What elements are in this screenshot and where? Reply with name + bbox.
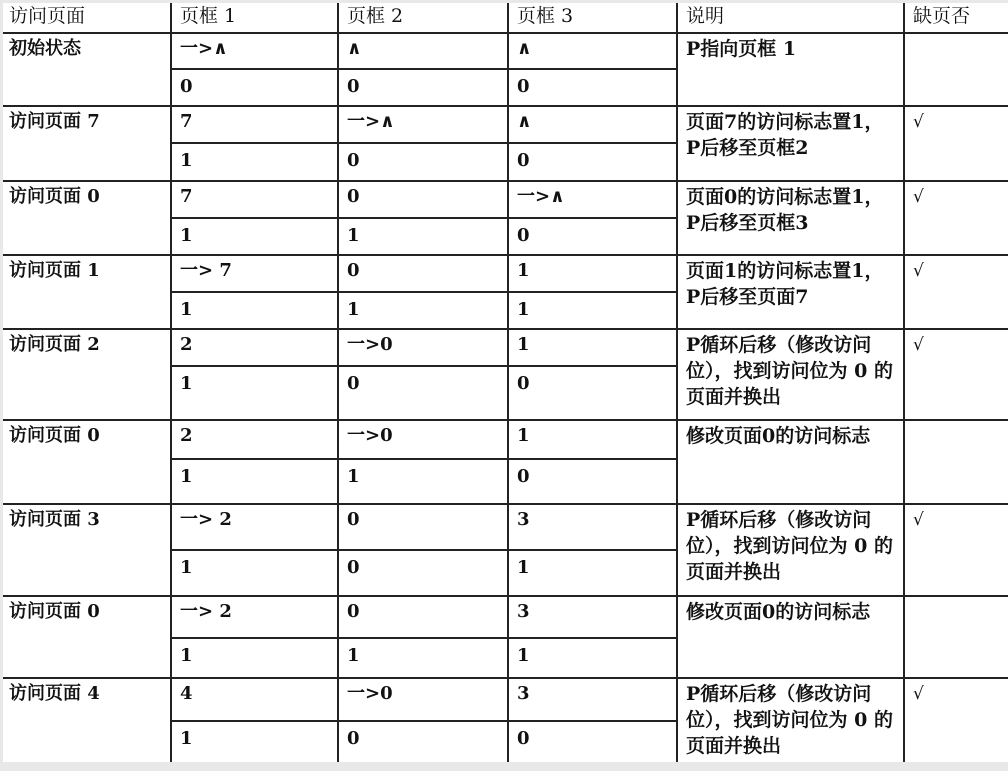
row-divider xyxy=(3,419,1008,421)
frame-2-access-bit-cell: 0 xyxy=(347,371,360,397)
access-page-cell: 访问页面 1 xyxy=(9,258,100,284)
sub-row-divider xyxy=(170,458,676,460)
frame-3-access-bit-cell: 0 xyxy=(517,726,530,752)
frame-3-access-bit-cell: 0 xyxy=(517,223,530,249)
description-cell: 修改页面0的访问标志 xyxy=(686,423,896,449)
frame-3-page-cell: ∧ xyxy=(517,36,532,62)
sub-row-divider xyxy=(170,720,676,722)
frame-2-page-cell: 一>∧ xyxy=(347,109,395,135)
description-cell: P循环后移（修改访问位），找到访问位为 0 的页面并换出 xyxy=(686,681,896,759)
row-divider xyxy=(3,180,1008,182)
frame-1-access-bit-cell: 0 xyxy=(180,74,193,100)
frame-1-page-cell: 一> 2 xyxy=(180,599,232,625)
header-frame-2: 页框 2 xyxy=(347,3,403,29)
column-divider xyxy=(507,3,509,762)
frame-3-access-bit-cell: 1 xyxy=(517,555,530,581)
page-fault-checkmark: √ xyxy=(913,258,924,284)
access-page-cell: 访问页面 0 xyxy=(9,184,100,210)
frame-3-access-bit-cell: 1 xyxy=(517,297,530,323)
description-cell: P指向页框 1 xyxy=(686,36,896,62)
frame-3-access-bit-cell: 1 xyxy=(517,643,530,669)
sub-row-divider xyxy=(170,365,676,367)
sub-row-divider xyxy=(170,549,676,551)
frame-3-page-cell: 3 xyxy=(517,599,530,625)
frame-2-access-bit-cell: 1 xyxy=(347,297,360,323)
frame-2-page-cell: 一>0 xyxy=(347,332,393,358)
frame-1-access-bit-cell: 1 xyxy=(180,643,193,669)
page-fault-checkmark: √ xyxy=(913,681,924,707)
page-fault-checkmark: √ xyxy=(913,109,924,135)
frame-3-page-cell: 1 xyxy=(517,332,530,358)
sub-row-divider xyxy=(170,142,676,144)
frame-2-access-bit-cell: 0 xyxy=(347,148,360,174)
row-divider xyxy=(3,328,1008,330)
header-access-page: 访问页面 xyxy=(9,3,85,29)
description-cell: 修改页面0的访问标志 xyxy=(686,599,896,625)
frame-1-access-bit-cell: 1 xyxy=(180,464,193,490)
clock-algorithm-table: 访问页面 页框 1 页框 2 页框 3 说明 缺页否 初始状态一>∧0∧0∧0P… xyxy=(3,3,1008,762)
frame-1-page-cell: 4 xyxy=(180,681,193,707)
page-fault-checkmark: √ xyxy=(913,184,924,210)
column-divider xyxy=(337,3,339,762)
row-divider xyxy=(3,32,1008,34)
frame-2-page-cell: 0 xyxy=(347,184,360,210)
description-cell: 页面7的访问标志置1，P后移至页框2 xyxy=(686,109,896,161)
frame-2-page-cell: 一>0 xyxy=(347,681,393,707)
sub-row-divider xyxy=(170,291,676,293)
frame-1-page-cell: 一> 7 xyxy=(180,258,232,284)
frame-2-access-bit-cell: 0 xyxy=(347,74,360,100)
frame-1-access-bit-cell: 1 xyxy=(180,371,193,397)
frame-3-access-bit-cell: 0 xyxy=(517,464,530,490)
page-fault-checkmark: √ xyxy=(913,507,924,533)
column-divider xyxy=(170,3,172,762)
frame-1-access-bit-cell: 1 xyxy=(180,555,193,581)
row-divider xyxy=(3,503,1008,505)
sub-row-divider xyxy=(170,637,676,639)
frame-2-access-bit-cell: 0 xyxy=(347,555,360,581)
frame-3-page-cell: 1 xyxy=(517,258,530,284)
frame-3-page-cell: 一>∧ xyxy=(517,184,565,210)
header-page-fault: 缺页否 xyxy=(913,3,970,29)
access-page-cell: 访问页面 2 xyxy=(9,332,100,358)
description-cell: P循环后移（修改访问位），找到访问位为 0 的页面并换出 xyxy=(686,332,896,410)
row-divider xyxy=(3,254,1008,256)
frame-2-page-cell: 0 xyxy=(347,258,360,284)
frame-1-page-cell: 7 xyxy=(180,184,193,210)
sub-row-divider xyxy=(170,68,676,70)
frame-1-access-bit-cell: 1 xyxy=(180,148,193,174)
header-description: 说明 xyxy=(686,3,724,29)
column-divider xyxy=(676,3,678,762)
row-divider xyxy=(3,105,1008,107)
sub-row-divider xyxy=(170,217,676,219)
frame-2-page-cell: 0 xyxy=(347,599,360,625)
row-divider xyxy=(3,677,1008,679)
column-divider xyxy=(903,3,905,762)
description-cell: 页面0的访问标志置1，P后移至页框3 xyxy=(686,184,896,236)
frame-1-page-cell: 2 xyxy=(180,332,193,358)
frame-3-page-cell: 3 xyxy=(517,681,530,707)
frame-1-page-cell: 一> 2 xyxy=(180,507,232,533)
frame-1-page-cell: 2 xyxy=(180,423,193,449)
page-fault-checkmark: √ xyxy=(913,332,924,358)
access-page-cell: 访问页面 7 xyxy=(9,109,100,135)
frame-1-page-cell: 一>∧ xyxy=(180,36,228,62)
frame-2-access-bit-cell: 1 xyxy=(347,464,360,490)
frame-3-access-bit-cell: 0 xyxy=(517,371,530,397)
frame-3-page-cell: 1 xyxy=(517,423,530,449)
frame-3-access-bit-cell: 0 xyxy=(517,74,530,100)
frame-2-page-cell: ∧ xyxy=(347,36,362,62)
frame-2-access-bit-cell: 1 xyxy=(347,223,360,249)
frame-2-access-bit-cell: 1 xyxy=(347,643,360,669)
frame-3-page-cell: 3 xyxy=(517,507,530,533)
access-page-cell: 访问页面 0 xyxy=(9,599,100,625)
access-page-cell: 访问页面 4 xyxy=(9,681,100,707)
row-divider xyxy=(3,595,1008,597)
frame-3-page-cell: ∧ xyxy=(517,109,532,135)
access-page-cell: 访问页面 0 xyxy=(9,423,100,449)
access-page-cell: 访问页面 3 xyxy=(9,507,100,533)
frame-1-access-bit-cell: 1 xyxy=(180,297,193,323)
frame-2-page-cell: 0 xyxy=(347,507,360,533)
header-frame-3: 页框 3 xyxy=(517,3,573,29)
frame-1-page-cell: 7 xyxy=(180,109,193,135)
description-cell: P循环后移（修改访问位），找到访问位为 0 的页面并换出 xyxy=(686,507,896,585)
frame-3-access-bit-cell: 0 xyxy=(517,148,530,174)
frame-2-page-cell: 一>0 xyxy=(347,423,393,449)
frame-1-access-bit-cell: 1 xyxy=(180,223,193,249)
frame-2-access-bit-cell: 0 xyxy=(347,726,360,752)
header-frame-1: 页框 1 xyxy=(180,3,236,29)
frame-1-access-bit-cell: 1 xyxy=(180,726,193,752)
description-cell: 页面1的访问标志置1，P后移至页面7 xyxy=(686,258,896,310)
access-page-cell: 初始状态 xyxy=(9,36,81,62)
